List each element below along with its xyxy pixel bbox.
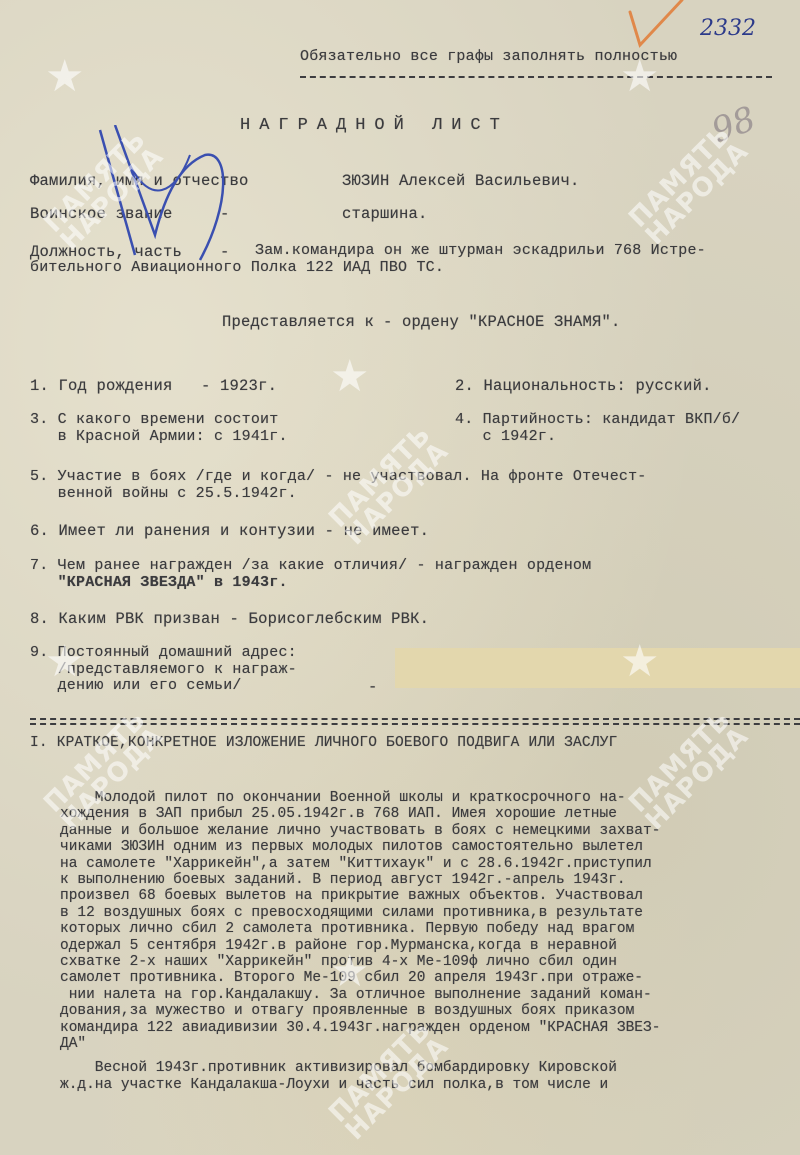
narrative-line: которых лично сбил 2 самолета противника… bbox=[60, 921, 634, 937]
address-value: - bbox=[368, 678, 378, 696]
item-num: 1. bbox=[30, 377, 49, 395]
award-value: - ордену "КРАСНОЕ ЗНАМЯ". bbox=[383, 313, 621, 331]
position-value-line1: Зам.командира он же штурман эскадрильи 7… bbox=[255, 243, 706, 260]
star-icon: ★ bbox=[620, 640, 659, 684]
item-text-line2: /представляемого к награж- bbox=[58, 661, 297, 678]
narrative-line: в 12 воздушных боях с превосходящими сил… bbox=[60, 905, 643, 921]
item-num: 4. bbox=[455, 411, 473, 428]
narrative-line: к выполнению боевых заданий. В период ав… bbox=[60, 872, 626, 888]
star-icon: ★ bbox=[620, 55, 659, 99]
item-text-line3: дению или его семьи/ bbox=[58, 677, 242, 694]
item-num: 6. bbox=[30, 522, 49, 540]
item-text: Национальность: русский. bbox=[484, 377, 712, 395]
item-text-line2: в Красной Армии: с 1941г. bbox=[58, 428, 288, 445]
item-text-line1: Чем ранее награжден /за какие отличия/ -… bbox=[58, 557, 592, 574]
name-value: ЗЮЗИН Алексей Васильевич. bbox=[342, 172, 580, 190]
narrative-line: данные и большое желание лично участвова… bbox=[60, 823, 660, 839]
narrative-line: ж.д.на участке Кандалакша-Лоухи и часть … bbox=[60, 1077, 608, 1093]
narrative-line: на самолете "Харрикейн",а затем "Киттиха… bbox=[60, 856, 652, 872]
star-icon: ★ bbox=[45, 55, 84, 99]
item-num: 5. bbox=[30, 468, 48, 485]
item-text: Каким РВК призван - Борисоглебским РВК. bbox=[59, 610, 430, 628]
star-icon: ★ bbox=[45, 640, 84, 684]
item-3: 3. С какого времени состоит в Красной Ар… bbox=[30, 412, 288, 445]
item-text-line2: венной войны с 25.5.1942г. bbox=[58, 485, 297, 502]
narrative-line: ДА" bbox=[60, 1036, 86, 1052]
narrative-line: хождения в ЗАП прибыл 25.05.1942г.в 768 … bbox=[60, 806, 617, 822]
narrative-line: командира 122 авиадивизии 30.4.1943г.наг… bbox=[60, 1020, 660, 1036]
address-redaction bbox=[395, 648, 800, 688]
award-label: Представляется к bbox=[222, 313, 374, 331]
item-4: 4. Партийность: кандидат ВКП/б/ с 1942г. bbox=[455, 412, 740, 445]
item-text-line2: с 1942г. bbox=[483, 428, 557, 445]
narrative-line: Молодой пилот по окончании Военной школы… bbox=[60, 790, 626, 806]
narrative-line: чиками ЗЮЗИН одним из первых молодых пил… bbox=[60, 839, 643, 855]
item-num: 7. bbox=[30, 557, 48, 574]
narrative-line: дования,за мужество и отвагу проявленные… bbox=[60, 1003, 634, 1019]
star-icon: ★ bbox=[330, 355, 369, 399]
watermark-text: ПАМЯТЬНАРОДА bbox=[625, 121, 753, 249]
item-7: 7. Чем ранее награжден /за какие отличия… bbox=[30, 558, 591, 591]
item-text-line1: Постоянный домашний адрес: bbox=[58, 644, 297, 661]
narrative-line: Весной 1943г.противник активизировал бом… bbox=[60, 1060, 617, 1076]
item-num: 2. bbox=[455, 377, 474, 395]
checkmark-icon bbox=[620, 0, 690, 50]
instruction-underline bbox=[300, 76, 772, 78]
document-title: НАГРАДНОЙ ЛИСТ bbox=[240, 116, 509, 135]
watermark-text: ПАМЯТЬНАРОДА bbox=[625, 706, 753, 834]
rank-value: старшина. bbox=[342, 205, 428, 223]
item-text-line1: С какого времени состоит bbox=[58, 411, 279, 428]
item-2: 2. Национальность: русский. bbox=[455, 377, 712, 395]
narrative-line: произвел 68 боевых вылетов на прикрытие … bbox=[60, 888, 643, 904]
item-8: 8. Каким РВК призван - Борисоглебским РВ… bbox=[30, 610, 429, 628]
item-num: 8. bbox=[30, 610, 49, 628]
item-1: 1. Год рождения - 1923г. bbox=[30, 377, 277, 395]
item-text-line1: Партийность: кандидат ВКП/б/ bbox=[483, 411, 741, 428]
item-text: Год рождения - 1923г. bbox=[59, 377, 278, 395]
item-num: 3. bbox=[30, 411, 48, 428]
item-text-line2: "КРАСНАЯ ЗВЕЗДА" в 1943г. bbox=[58, 574, 288, 591]
archive-number: 2332 bbox=[700, 16, 756, 41]
star-icon: ★ bbox=[330, 950, 369, 994]
